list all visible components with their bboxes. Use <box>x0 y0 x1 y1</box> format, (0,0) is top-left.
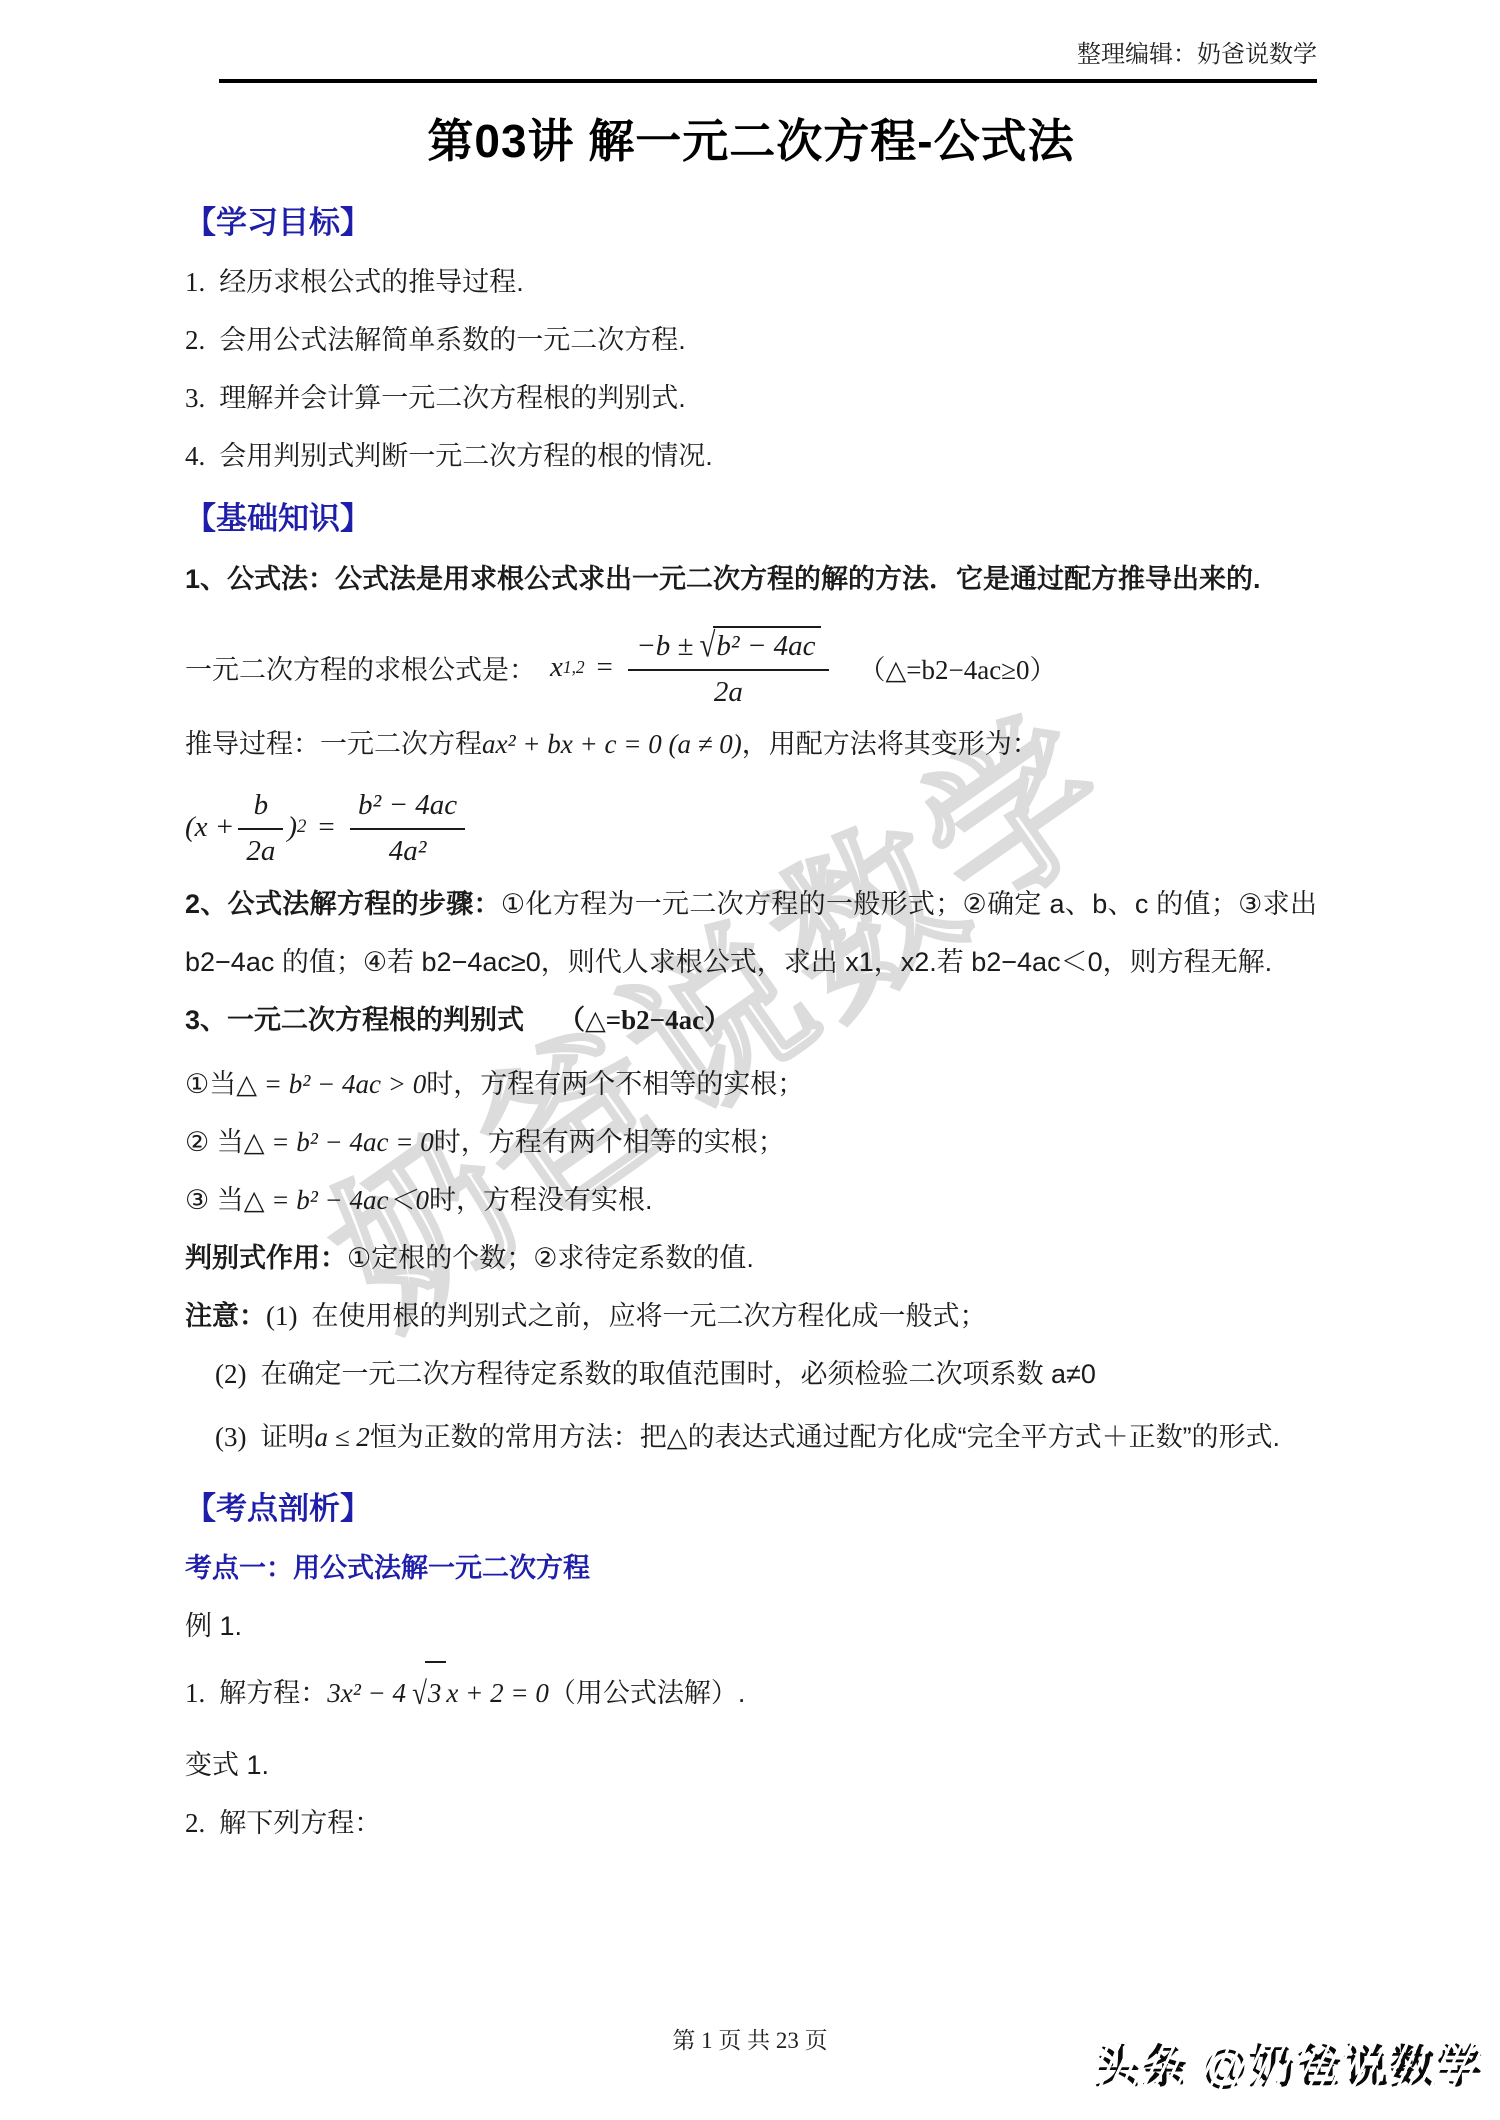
question-lead: 解方程： <box>219 1678 327 1708</box>
note-text: 恒为正数的常用方法：把△的表达式通过配方化成“完全平方式＋正数”的形式. <box>370 1422 1280 1452</box>
discriminant-lead: 3、一元二次方程根的判别式 <box>185 1005 524 1035</box>
open-paren: (x + <box>185 811 234 844</box>
question-tail: （用公式法解）. <box>549 1678 746 1708</box>
case-suffix: 时，方程有两个相等的实根； <box>434 1127 785 1157</box>
numerator-lead: −b ± <box>636 630 693 662</box>
formula-fraction: −b ±√b² − 4ac 2a <box>628 624 828 710</box>
roles-text: ①定根的个数；②求待定系数的值. <box>347 1243 754 1273</box>
sqrt-sign: √ <box>412 1659 427 1729</box>
fraction-denominator: 2a <box>628 671 828 710</box>
close-paren: ) <box>287 811 297 844</box>
document-page: 奶爸说数学 整理编辑：奶爸说数学 第03讲 解一元二次方程-公式法 【学习目标】… <box>0 0 1500 2120</box>
objective-text: 经历求根公式的推导过程. <box>219 267 524 297</box>
discriminant-case: ①当△ = b² − 4ac > 0时，方程有两个不相等的实根； <box>185 1055 1317 1113</box>
case-prefix: ①当 <box>185 1069 236 1099</box>
question-text: 解下列方程： <box>219 1808 381 1838</box>
result-denominator: 4a² <box>350 830 465 869</box>
solution-steps: 2、公式法解方程的步骤：①化方程为一元二次方程的一般形式；②确定 a、b、c 的… <box>185 875 1317 991</box>
formula-condition: （△=b2−4ac≥0） <box>859 648 1057 687</box>
note-text: 在确定一元二次方程待定系数的取值范围时，必须检验二次项系数 a≠0 <box>260 1359 1095 1389</box>
example-label: 例 1. <box>185 1597 1317 1655</box>
case-math: △ = b² − 4ac＜0 <box>244 1185 429 1215</box>
note-number: (3) <box>215 1422 246 1452</box>
objective-item: 1.经历求根公式的推导过程. <box>185 253 1317 311</box>
transformed-formula: (x + b 2a )2 = b² − 4ac 4a² <box>185 786 469 869</box>
square-root: √b² − 4ac <box>699 626 820 664</box>
root-formula: x1,2 = −b ±√b² − 4ac 2a <box>550 624 833 710</box>
case-math: △ = b² − 4ac = 0 <box>244 1127 434 1157</box>
objective-item: 4.会用判别式判断一元二次方程的根的情况. <box>185 427 1317 485</box>
notes-lead: 注意： <box>185 1301 266 1331</box>
objective-item: 2.会用公式法解简单系数的一元二次方程. <box>185 311 1317 369</box>
note-item: (3)证明a ≤ 2恒为正数的常用方法：把△的表达式通过配方化成“完全平方式＋正… <box>185 1403 1317 1471</box>
equals-sign: = <box>316 811 336 844</box>
formula-lhs-subscript: 1,2 <box>563 657 585 678</box>
transformed-formula-line: (x + b 2a )2 = b² − 4ac 4a² <box>185 779 1317 875</box>
root-formula-line: 一元二次方程的求根公式是： x1,2 = −b ±√b² − 4ac 2a （△… <box>185 619 1317 715</box>
sqrt-sign: √ <box>699 626 715 668</box>
case-prefix: ② 当 <box>185 1127 244 1157</box>
note-number: (1) <box>266 1301 297 1331</box>
inner-fraction: b 2a <box>238 786 283 869</box>
case-suffix: 时，方程有两个不相等的实根； <box>426 1069 804 1099</box>
case-math: △ = b² − 4ac > 0 <box>236 1069 426 1099</box>
header-rule <box>219 79 1317 83</box>
objective-item: 3.理解并会计算一元二次方程根的判别式. <box>185 369 1317 427</box>
result-fraction: b² − 4ac 4a² <box>350 786 465 869</box>
case-suffix: 时，方程没有实根. <box>429 1185 653 1215</box>
discriminant-case: ③ 当△ = b² − 4ac＜0时，方程没有实根. <box>185 1171 1317 1229</box>
objective-number: 1. <box>185 267 205 297</box>
note-pre: 证明 <box>260 1422 314 1452</box>
derivation-tail: ，用配方法将其变形为： <box>742 729 1039 759</box>
derivation-equation: ax² + bx + c = 0 (a ≠ 0) <box>482 729 742 759</box>
equation-pre: 3x² − 4 <box>327 1678 406 1708</box>
result-numerator: b² − 4ac <box>350 786 465 830</box>
objective-text: 理解并会计算一元二次方程根的判别式. <box>219 383 686 413</box>
formula-intro: 一元二次方程的求根公式是： <box>185 648 536 687</box>
radicand: 3 <box>425 1661 447 1722</box>
question-equation: 3x² − 4√3x + 2 = 0 <box>327 1678 549 1708</box>
editor-credit: 整理编辑：奶爸说数学 <box>185 34 1317 69</box>
section-heading-objectives: 【学习目标】 <box>185 203 1317 243</box>
exam-topic-one: 考点一：用公式法解一元二次方程 <box>185 1539 1317 1597</box>
note-text: 在使用根的判别式之前，应将一元二次方程化成一般式； <box>311 1301 986 1331</box>
section-heading-exam-points: 【考点剖析】 <box>185 1489 1317 1529</box>
discriminant-heading: 3、一元二次方程根的判别式（△=b2−4ac） <box>185 991 1317 1049</box>
discriminant-note: （△=b2−4ac） <box>558 1005 731 1035</box>
discriminant-case: ② 当△ = b² − 4ac = 0时，方程有两个相等的实根； <box>185 1113 1317 1171</box>
formula-lhs: x <box>550 651 563 684</box>
note-item: (2)在确定一元二次方程待定系数的取值范围时，必须检验二次项系数 a≠0 <box>185 1345 1317 1403</box>
page-title: 第03讲 解一元二次方程-公式法 <box>185 113 1317 171</box>
equals-sign: = <box>595 651 615 684</box>
square-exponent: 2 <box>297 816 306 838</box>
objective-number: 4. <box>185 441 205 471</box>
equation-post: x + 2 = 0 <box>446 1678 548 1708</box>
question-two: 2.解下列方程： <box>185 1794 1317 1852</box>
derivation-lead: 推导过程：一元二次方程 <box>185 729 482 759</box>
note-math: a ≤ 2 <box>314 1422 369 1452</box>
objective-text: 会用判别式判断一元二次方程的根的情况. <box>219 441 713 471</box>
variant-label: 变式 1. <box>185 1736 1317 1794</box>
objective-number: 3. <box>185 383 205 413</box>
square-root: √3 <box>412 1661 446 1722</box>
inner-numerator: b <box>238 786 283 830</box>
discriminant-roles: 判别式作用：①定根的个数；②求待定系数的值. <box>185 1229 1317 1287</box>
radicand: b² − 4ac <box>713 626 820 664</box>
question-one: 1.解方程：3x² − 4√3x + 2 = 0（用公式法解）. <box>185 1661 1317 1722</box>
derivation-line: 推导过程：一元二次方程ax² + bx + c = 0 (a ≠ 0)，用配方法… <box>185 715 1317 773</box>
section-heading-basics: 【基础知识】 <box>185 499 1317 539</box>
brand-mark: 头条 @奶爸说数学 <box>1095 2030 1484 2095</box>
note-number: (2) <box>215 1359 246 1389</box>
question-number: 2. <box>185 1808 205 1838</box>
page-content: 整理编辑：奶爸说数学 第03讲 解一元二次方程-公式法 【学习目标】 1.经历求… <box>185 0 1317 1852</box>
case-prefix: ③ 当 <box>185 1185 244 1215</box>
objective-number: 2. <box>185 325 205 355</box>
question-number: 1. <box>185 1678 205 1708</box>
inner-denominator: 2a <box>238 830 283 869</box>
objective-text: 会用公式法解简单系数的一元二次方程. <box>219 325 686 355</box>
steps-lead: 2、公式法解方程的步骤： <box>185 889 501 919</box>
fraction-numerator: −b ±√b² − 4ac <box>628 624 828 671</box>
method-definition: 1、公式法：公式法是用求根公式求出一元二次方程的解的方法．它是通过配方推导出来的… <box>185 545 1317 613</box>
note-item: 注意：(1)在使用根的判别式之前，应将一元二次方程化成一般式； <box>185 1287 1317 1345</box>
roles-lead: 判别式作用： <box>185 1243 347 1273</box>
